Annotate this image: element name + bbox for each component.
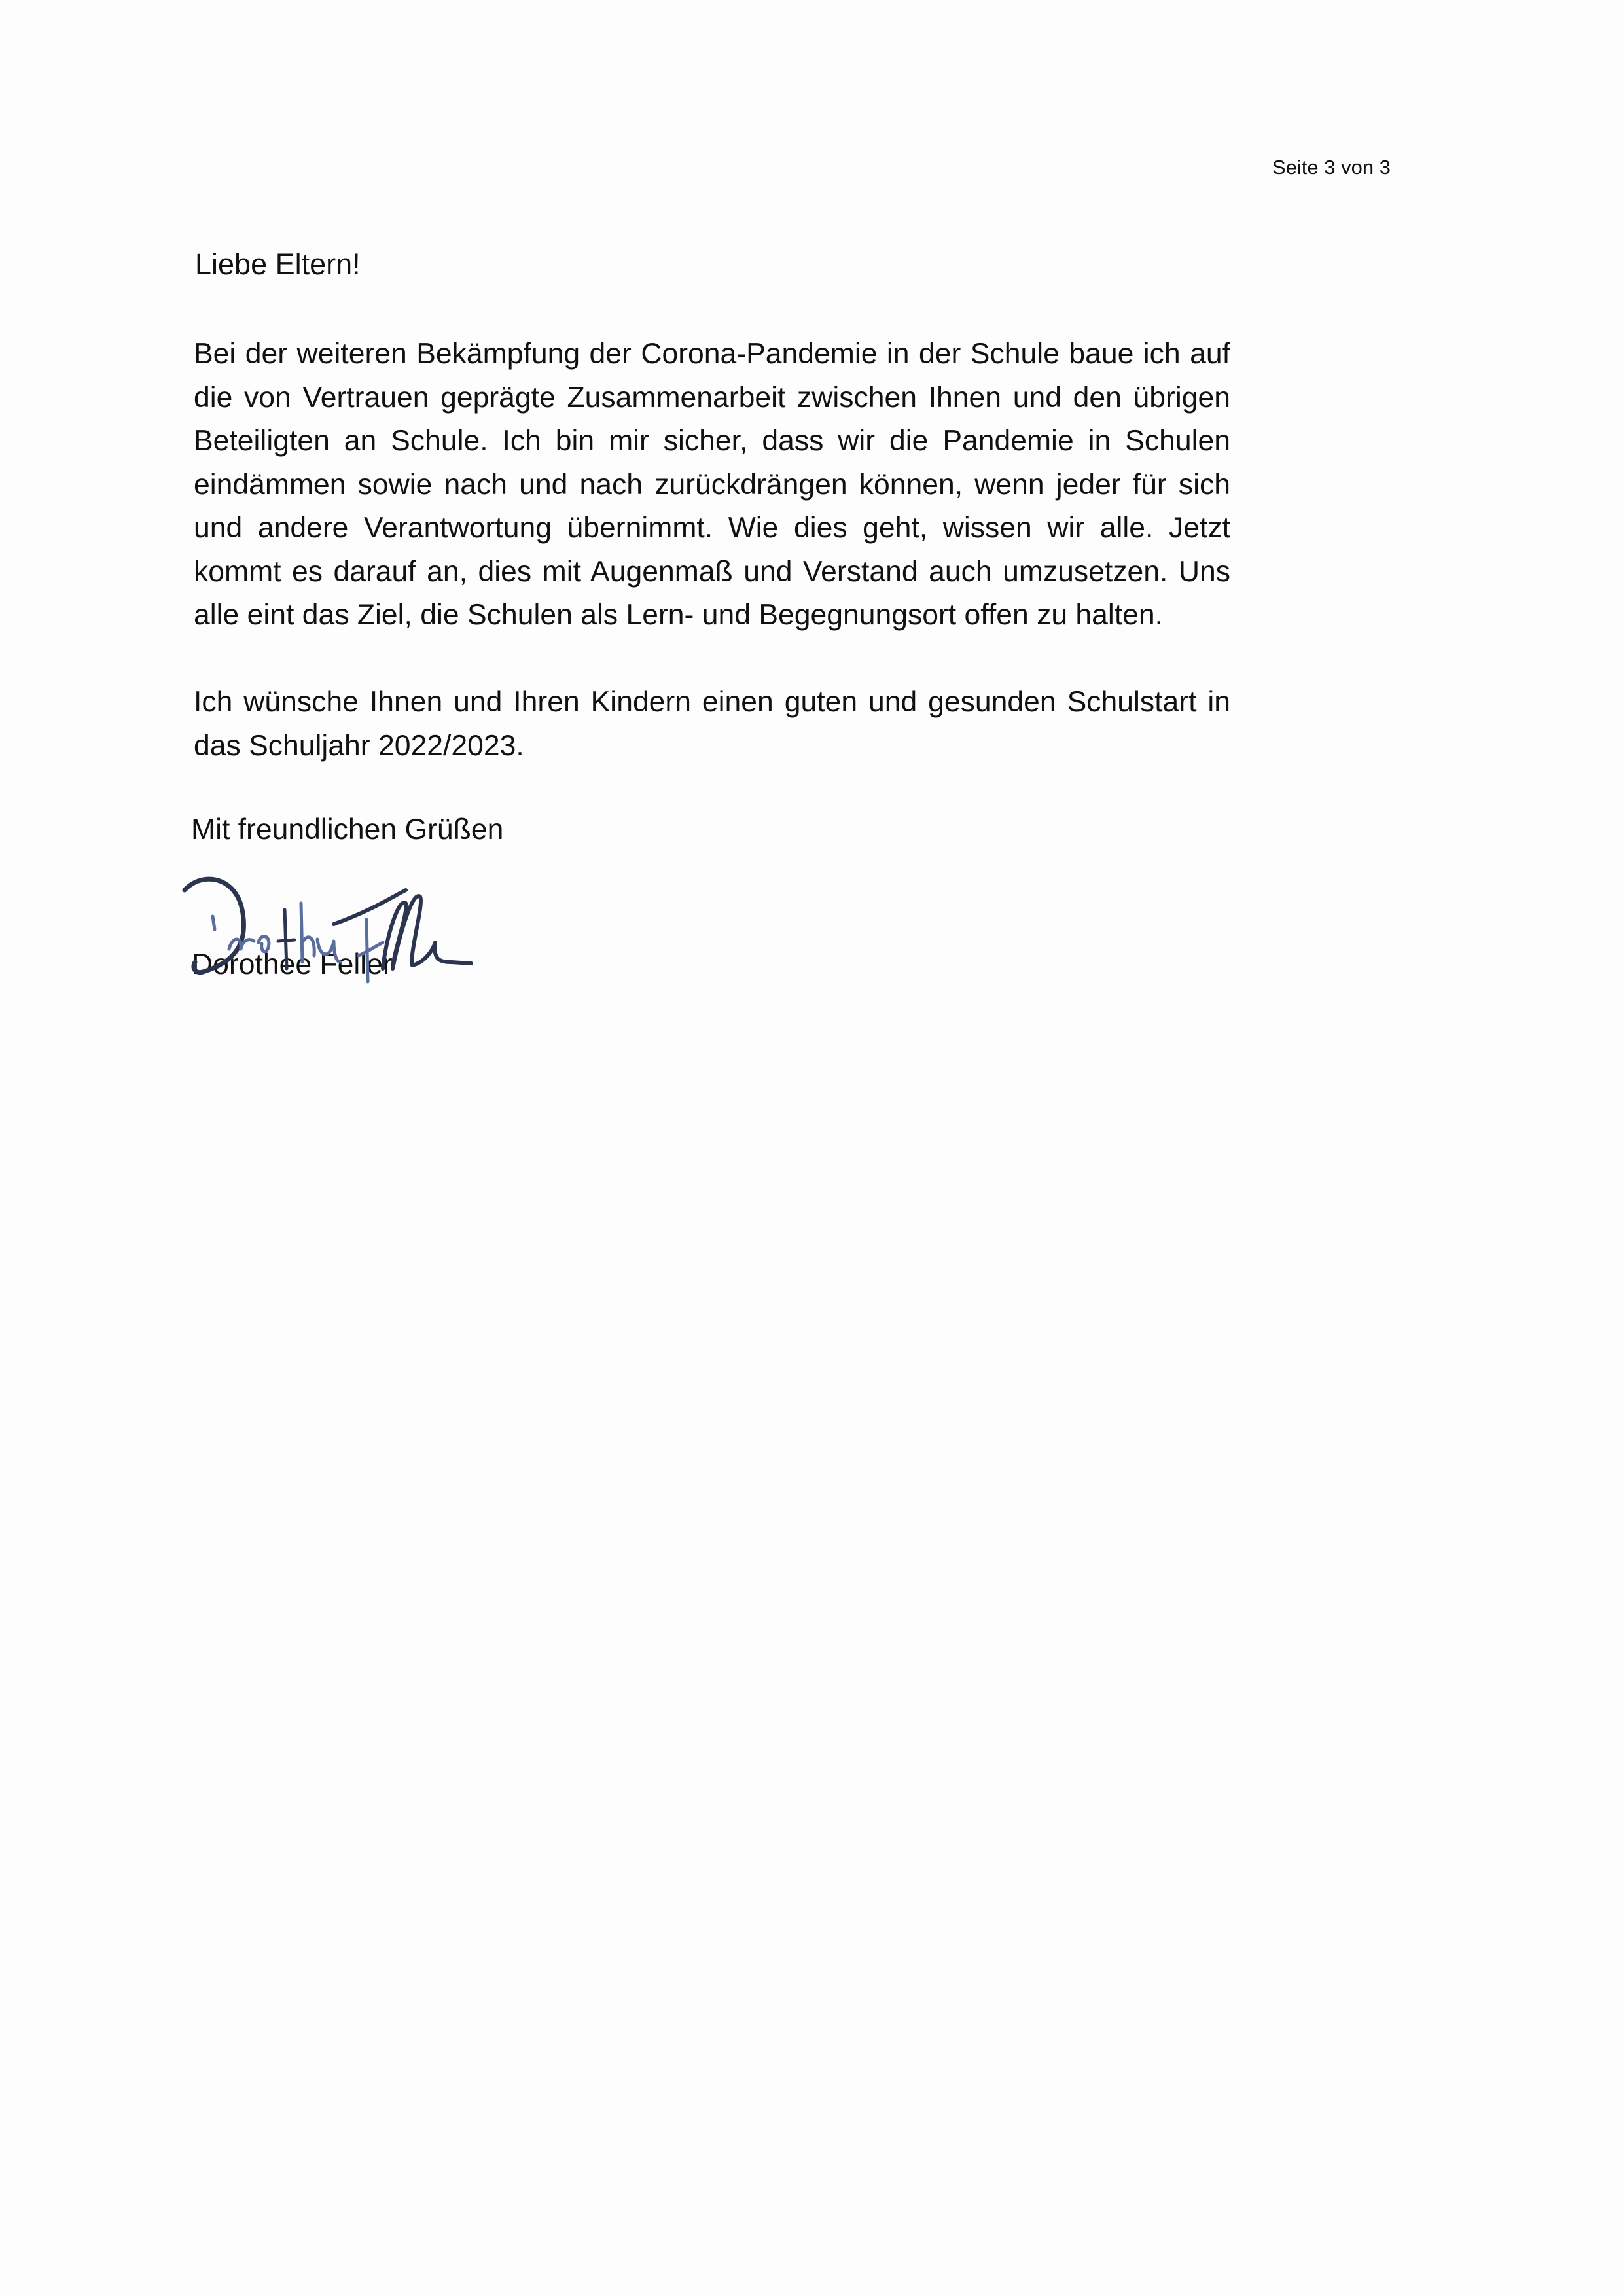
closing-phrase: Mit freundlichen Grüßen <box>191 812 503 848</box>
paragraph-line: Ich wünsche Ihnen und Ihren Kindern eine… <box>194 681 1230 725</box>
paragraph-2: Ich wünsche Ihnen und Ihren Kindern eine… <box>194 681 1230 768</box>
paragraph-line: das Schuljahr 2022/2023. <box>194 725 1230 768</box>
paragraph-line: alle eint das Ziel, die Schulen als Lern… <box>194 594 1230 637</box>
paragraph-line: eindämmen sowie nach und nach zurückdrän… <box>194 463 1230 507</box>
paragraph-1: Bei der weiteren Bekämpfung der Corona-P… <box>194 332 1230 637</box>
paragraph-line: Bei der weiteren Bekämpfung der Corona-P… <box>194 332 1230 376</box>
paragraph-line: die von Vertrauen geprägte Zusammenarbei… <box>194 376 1230 420</box>
paragraph-line: Beteiligten an Schule. Ich bin mir siche… <box>194 420 1230 463</box>
paragraph-line: und andere Verantwortung übernimmt. Wie … <box>194 507 1230 550</box>
page-number: Seite 3 von 3 <box>1272 156 1391 179</box>
signature-icon <box>177 864 543 988</box>
letter-page: Seite 3 von 3 Liebe Eltern! Bei der weit… <box>0 0 1623 2296</box>
salutation: Liebe Eltern! <box>195 246 361 283</box>
paragraph-line: kommt es darauf an, dies mit Augenmaß un… <box>194 550 1230 594</box>
